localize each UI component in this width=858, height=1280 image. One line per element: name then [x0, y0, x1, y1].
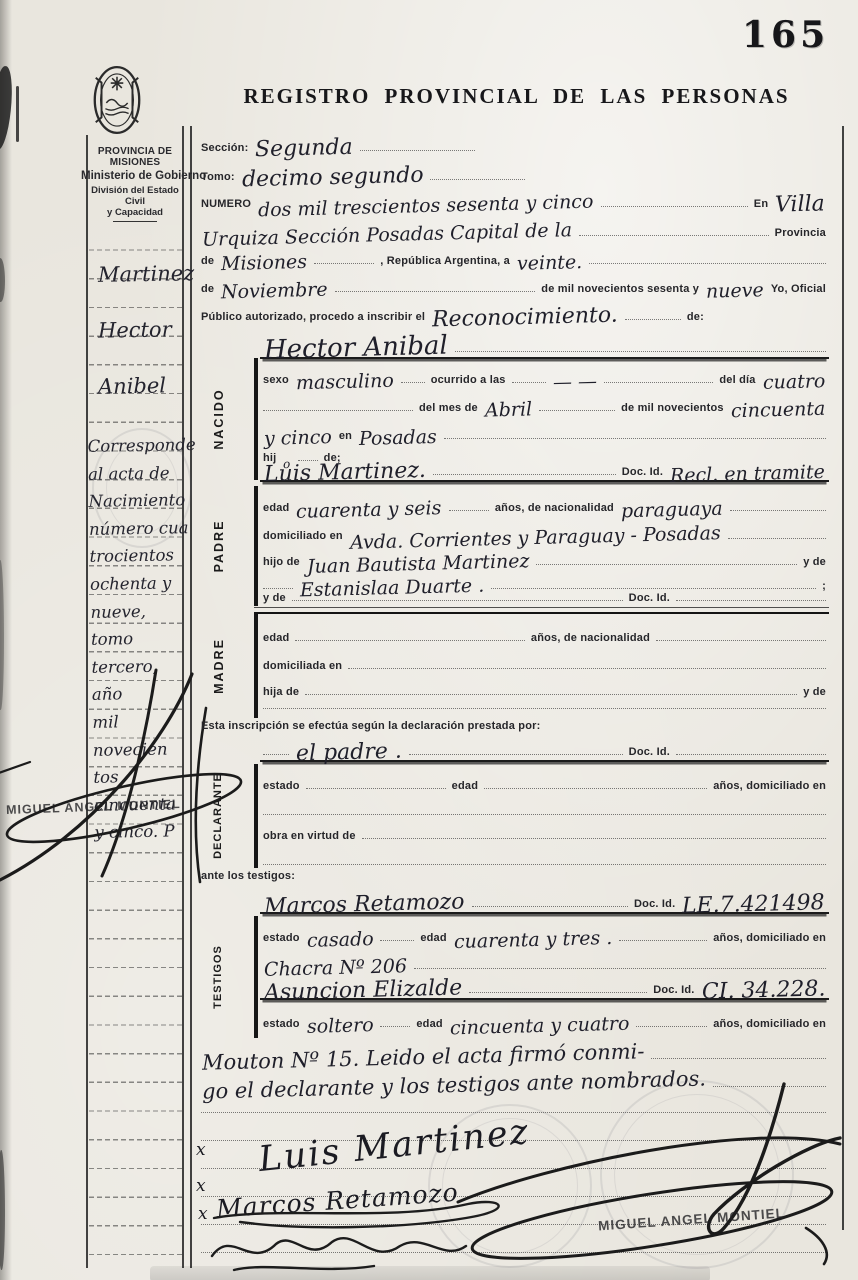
dotted-line	[619, 940, 707, 941]
dotted-line	[263, 864, 826, 865]
hora-label: ocurrido a las	[428, 374, 509, 388]
section-testigos-label: TESTIGOS	[212, 945, 224, 1009]
row-padre-nombre: Luis Martinez. Doc. Id. Recl. en tramite	[260, 452, 829, 482]
row-testigo1-domicilio: Chacra Nº 206	[260, 948, 829, 974]
dotted-line	[263, 410, 413, 411]
row-testigos-intro: ante los testigos:	[198, 868, 829, 884]
domiciliado-declarante-label: años, domiciliado en	[710, 780, 829, 794]
republica-label: , República Argentina, a	[377, 255, 513, 269]
declaracion-intro-label: Esta inscripción se efectúa según la dec…	[198, 720, 543, 734]
de-label: de	[198, 255, 217, 269]
dotted-line	[409, 754, 623, 755]
division-name-2: y Capacidad	[84, 207, 186, 218]
padre-nombre-value: Luis Martinez.	[260, 460, 430, 486]
row-cierre-1: Mouton Nº 15. Leido el acta firmó conmi-	[198, 1036, 829, 1064]
row-tomo: Tomo: decimo segundo	[198, 159, 528, 185]
doc-id-value: Recl. en tramite	[666, 463, 829, 486]
row-mes: de Noviembre de mil novecientos sesenta …	[198, 271, 829, 297]
madre-nacionalidad-label: años, de nacionalidad	[528, 632, 653, 646]
yo-oficial-label: Yo, Oficial	[768, 283, 829, 297]
row-padre-edad: edad cuarenta y seis años, de nacionalid…	[260, 490, 829, 516]
dotted-line	[430, 179, 525, 180]
dotted-line	[380, 1026, 410, 1027]
dotted-line	[362, 838, 826, 839]
testigo1-domicilio-label: años, domiciliado en	[710, 932, 829, 946]
row-declarante-blank	[260, 794, 829, 820]
margin-surname: Martinez	[98, 261, 195, 287]
dia-label: del día	[716, 374, 758, 388]
row-acto: Público autorizado, procedo a inscribir …	[198, 299, 829, 325]
row-sexo: sexo masculino ocurrido a las — — del dí…	[260, 362, 829, 388]
section-declarante-label: DECLARANTE	[212, 773, 224, 859]
dotted-line	[292, 600, 623, 601]
dotted-line	[539, 410, 615, 411]
y-de-label-2: y de	[260, 592, 289, 606]
testigo2-edad-value: cincuenta y cuatro	[446, 1015, 634, 1039]
faint-round-seal	[92, 428, 192, 548]
madre-edad-label: edad	[260, 632, 292, 646]
anio-nac-label: de mil novecientos	[618, 402, 727, 416]
margin-middlename: Anibel	[98, 373, 166, 398]
dotted-line	[676, 754, 826, 755]
de-label-2: de	[198, 283, 217, 297]
row-abuelo: hijo de Juan Bautista Martinez y de	[260, 544, 829, 570]
testigo2-domicilio-label: años, domiciliado en	[710, 1018, 829, 1032]
dotted-line	[579, 235, 769, 236]
sexo-label: sexo	[260, 374, 292, 388]
dotted-line	[401, 382, 425, 383]
dotted-line	[449, 510, 489, 511]
doc-id-label-5: Doc. Id.	[650, 984, 697, 998]
dotted-line	[491, 588, 816, 589]
dotted-line	[472, 906, 629, 907]
dotted-line	[305, 694, 797, 695]
testigo1-nombre-value: Marcos Retamozo	[260, 891, 469, 918]
dotted-line	[512, 382, 546, 383]
dotted-line	[295, 640, 524, 641]
anio-label: de mil novecientos sesenta y	[538, 283, 702, 297]
row-provincia: de Misiones , República Argentina, a vei…	[198, 243, 829, 269]
testigos-intro-label: ante los testigos:	[198, 870, 298, 884]
signature-cross-mark: x	[196, 1176, 206, 1196]
note-line: nueve, tomo	[90, 597, 191, 654]
dotted-line	[306, 788, 446, 789]
dotted-line	[625, 319, 681, 320]
margin-firstname: Hector	[98, 317, 172, 342]
dotted-line	[263, 588, 293, 589]
dotted-line	[656, 640, 826, 641]
dotted-line	[536, 564, 797, 565]
province-name: PROVINCIA DE MISIONES	[84, 146, 186, 168]
de-label-3: de:	[684, 311, 707, 325]
dotted-line	[444, 438, 826, 439]
seccion-label: Sección:	[198, 142, 251, 156]
dotted-line	[455, 351, 826, 352]
testigo1-edad-label: edad	[417, 932, 449, 946]
row-testigo2-nombre: Asuncion Elizalde Doc. Id. CI. 34.228.	[260, 972, 829, 1000]
row-lugar: Urquiza Sección Posadas Capital de la Pr…	[198, 215, 829, 241]
testigo2-estado-label: estado	[260, 1018, 303, 1032]
nacionalidad-label: años, de nacionalidad	[492, 502, 617, 516]
dotted-line	[263, 708, 826, 709]
testigo1-estado-label: estado	[260, 932, 303, 946]
seal-inner-ring	[106, 442, 178, 534]
lugar-value-1: Villa	[771, 193, 829, 217]
note-line: ochenta y	[90, 569, 190, 598]
dotted-line	[676, 600, 826, 601]
mes-nac-label: del mes de	[416, 402, 481, 416]
dotted-line	[335, 291, 535, 292]
dotted-line	[589, 263, 826, 264]
ministry-name: Ministerio de Gobierno	[81, 170, 186, 182]
testigo2-doc-value: CI. 34.228.	[697, 978, 829, 1003]
row-madre-domicilio: domiciliada en	[260, 648, 829, 674]
row-obra-en-virtud: obra en virtud de	[260, 818, 829, 844]
declarante-valor: el padre .	[292, 741, 406, 766]
seccion-value: Segunda	[251, 137, 357, 162]
dotted-line	[380, 940, 414, 941]
row-madre-abuela	[260, 698, 829, 714]
row-padre-domicilio: domiciliado en Avda. Corrientes y Paragu…	[260, 518, 829, 544]
provincia-label: Provincia	[772, 227, 829, 241]
section-padre-label: PADRE	[212, 520, 226, 573]
dotted-line	[348, 668, 826, 669]
obra-label: obra en virtud de	[260, 830, 359, 844]
signature-cross-mark: x	[198, 1204, 208, 1224]
section-madre-label: MADRE	[212, 638, 226, 694]
testigo2-edad-label: edad	[413, 1018, 445, 1032]
dotted-line	[484, 788, 707, 789]
official-rubric-signature	[452, 1078, 848, 1270]
inscribir-label: Público autorizado, procedo a inscribir …	[198, 311, 428, 325]
dotted-line	[263, 814, 826, 815]
issuing-office-block: PROVINCIA DE MISIONES Ministerio de Gobi…	[84, 146, 186, 222]
witness2-signature	[204, 1222, 474, 1278]
row-mes-nacimiento: del mes de Abril de mil novecientos cinc…	[260, 390, 829, 416]
scanned-civil-registry-page: 165 REGISTRO PROVINCIAL DE LAS PERSONAS …	[0, 0, 858, 1280]
edad-declarante-label: edad	[449, 780, 481, 794]
testigo1-doc-value: LE.7.421498	[678, 892, 829, 918]
row-declarante-nombre: el padre . Doc. Id.	[260, 734, 829, 762]
section-nacido-label: NACIDO	[212, 388, 226, 449]
division-name: División del Estado Civil	[84, 185, 186, 207]
testigo2-nombre-value: Asuncion Elizalde	[260, 977, 467, 1004]
signature-cross-mark: x	[196, 1140, 206, 1160]
doc-id-label-4: Doc. Id.	[631, 898, 678, 912]
row-testigo1-estado: estado casado edad cuarenta y tres . año…	[260, 920, 829, 946]
row-testigo2-estado: estado soltero edad cincuenta y cuatro a…	[260, 1006, 829, 1032]
en-nac-label: en	[336, 430, 355, 444]
row-testigo1-nombre: Marcos Retamozo Doc. Id. LE.7.421498	[260, 884, 829, 914]
dotted-line	[730, 510, 826, 511]
dotted-line	[360, 150, 475, 151]
misiones-coat-of-arms-icon	[88, 62, 146, 138]
dotted-line	[651, 1058, 826, 1059]
dotted-line	[728, 538, 826, 539]
madre-domicilio-label: domiciliada en	[260, 660, 345, 674]
row-declarante-estado: estado edad años, domiciliado en	[260, 768, 829, 794]
dotted-line	[433, 474, 616, 475]
dotted-line	[604, 382, 714, 383]
row-madre-edad: edad años, de nacionalidad	[260, 620, 829, 646]
numero-label: NUMERO	[198, 198, 254, 212]
row-lugar-nacimiento: y cinco en Posadas	[260, 418, 829, 444]
dotted-line	[263, 754, 289, 755]
edad-label: edad	[260, 502, 292, 516]
row-declarante-blank-2	[260, 844, 829, 870]
en-label: En	[751, 198, 771, 212]
dotted-line	[469, 992, 647, 993]
domicilio-label: domiciliado en	[260, 530, 346, 544]
row-seccion: Sección: Segunda	[198, 130, 478, 156]
doc-id-label-3: Doc. Id.	[626, 746, 673, 760]
row-madre-abuelo: hija de y de	[260, 674, 829, 700]
row-numero: NUMERO dos mil trescientos sesenta y cin…	[198, 186, 829, 212]
doc-id-label-2: Doc. Id.	[626, 592, 673, 606]
row-declaracion-intro: Esta inscripción se efectúa según la dec…	[198, 718, 829, 734]
ink-smudge	[16, 86, 19, 142]
dotted-line	[314, 263, 374, 264]
row-madre-nombre: y de Doc. Id.	[260, 590, 829, 606]
doc-id-label: Doc. Id.	[619, 466, 666, 480]
tomo-label: Tomo:	[198, 171, 238, 185]
estado-label: estado	[260, 780, 303, 794]
dotted-line	[636, 1026, 707, 1027]
dotted-line	[414, 968, 826, 969]
testigo2-estado-value: soltero	[302, 1016, 377, 1037]
row-inscripto: Hector Anibal	[260, 327, 829, 359]
dotted-line	[601, 206, 748, 207]
